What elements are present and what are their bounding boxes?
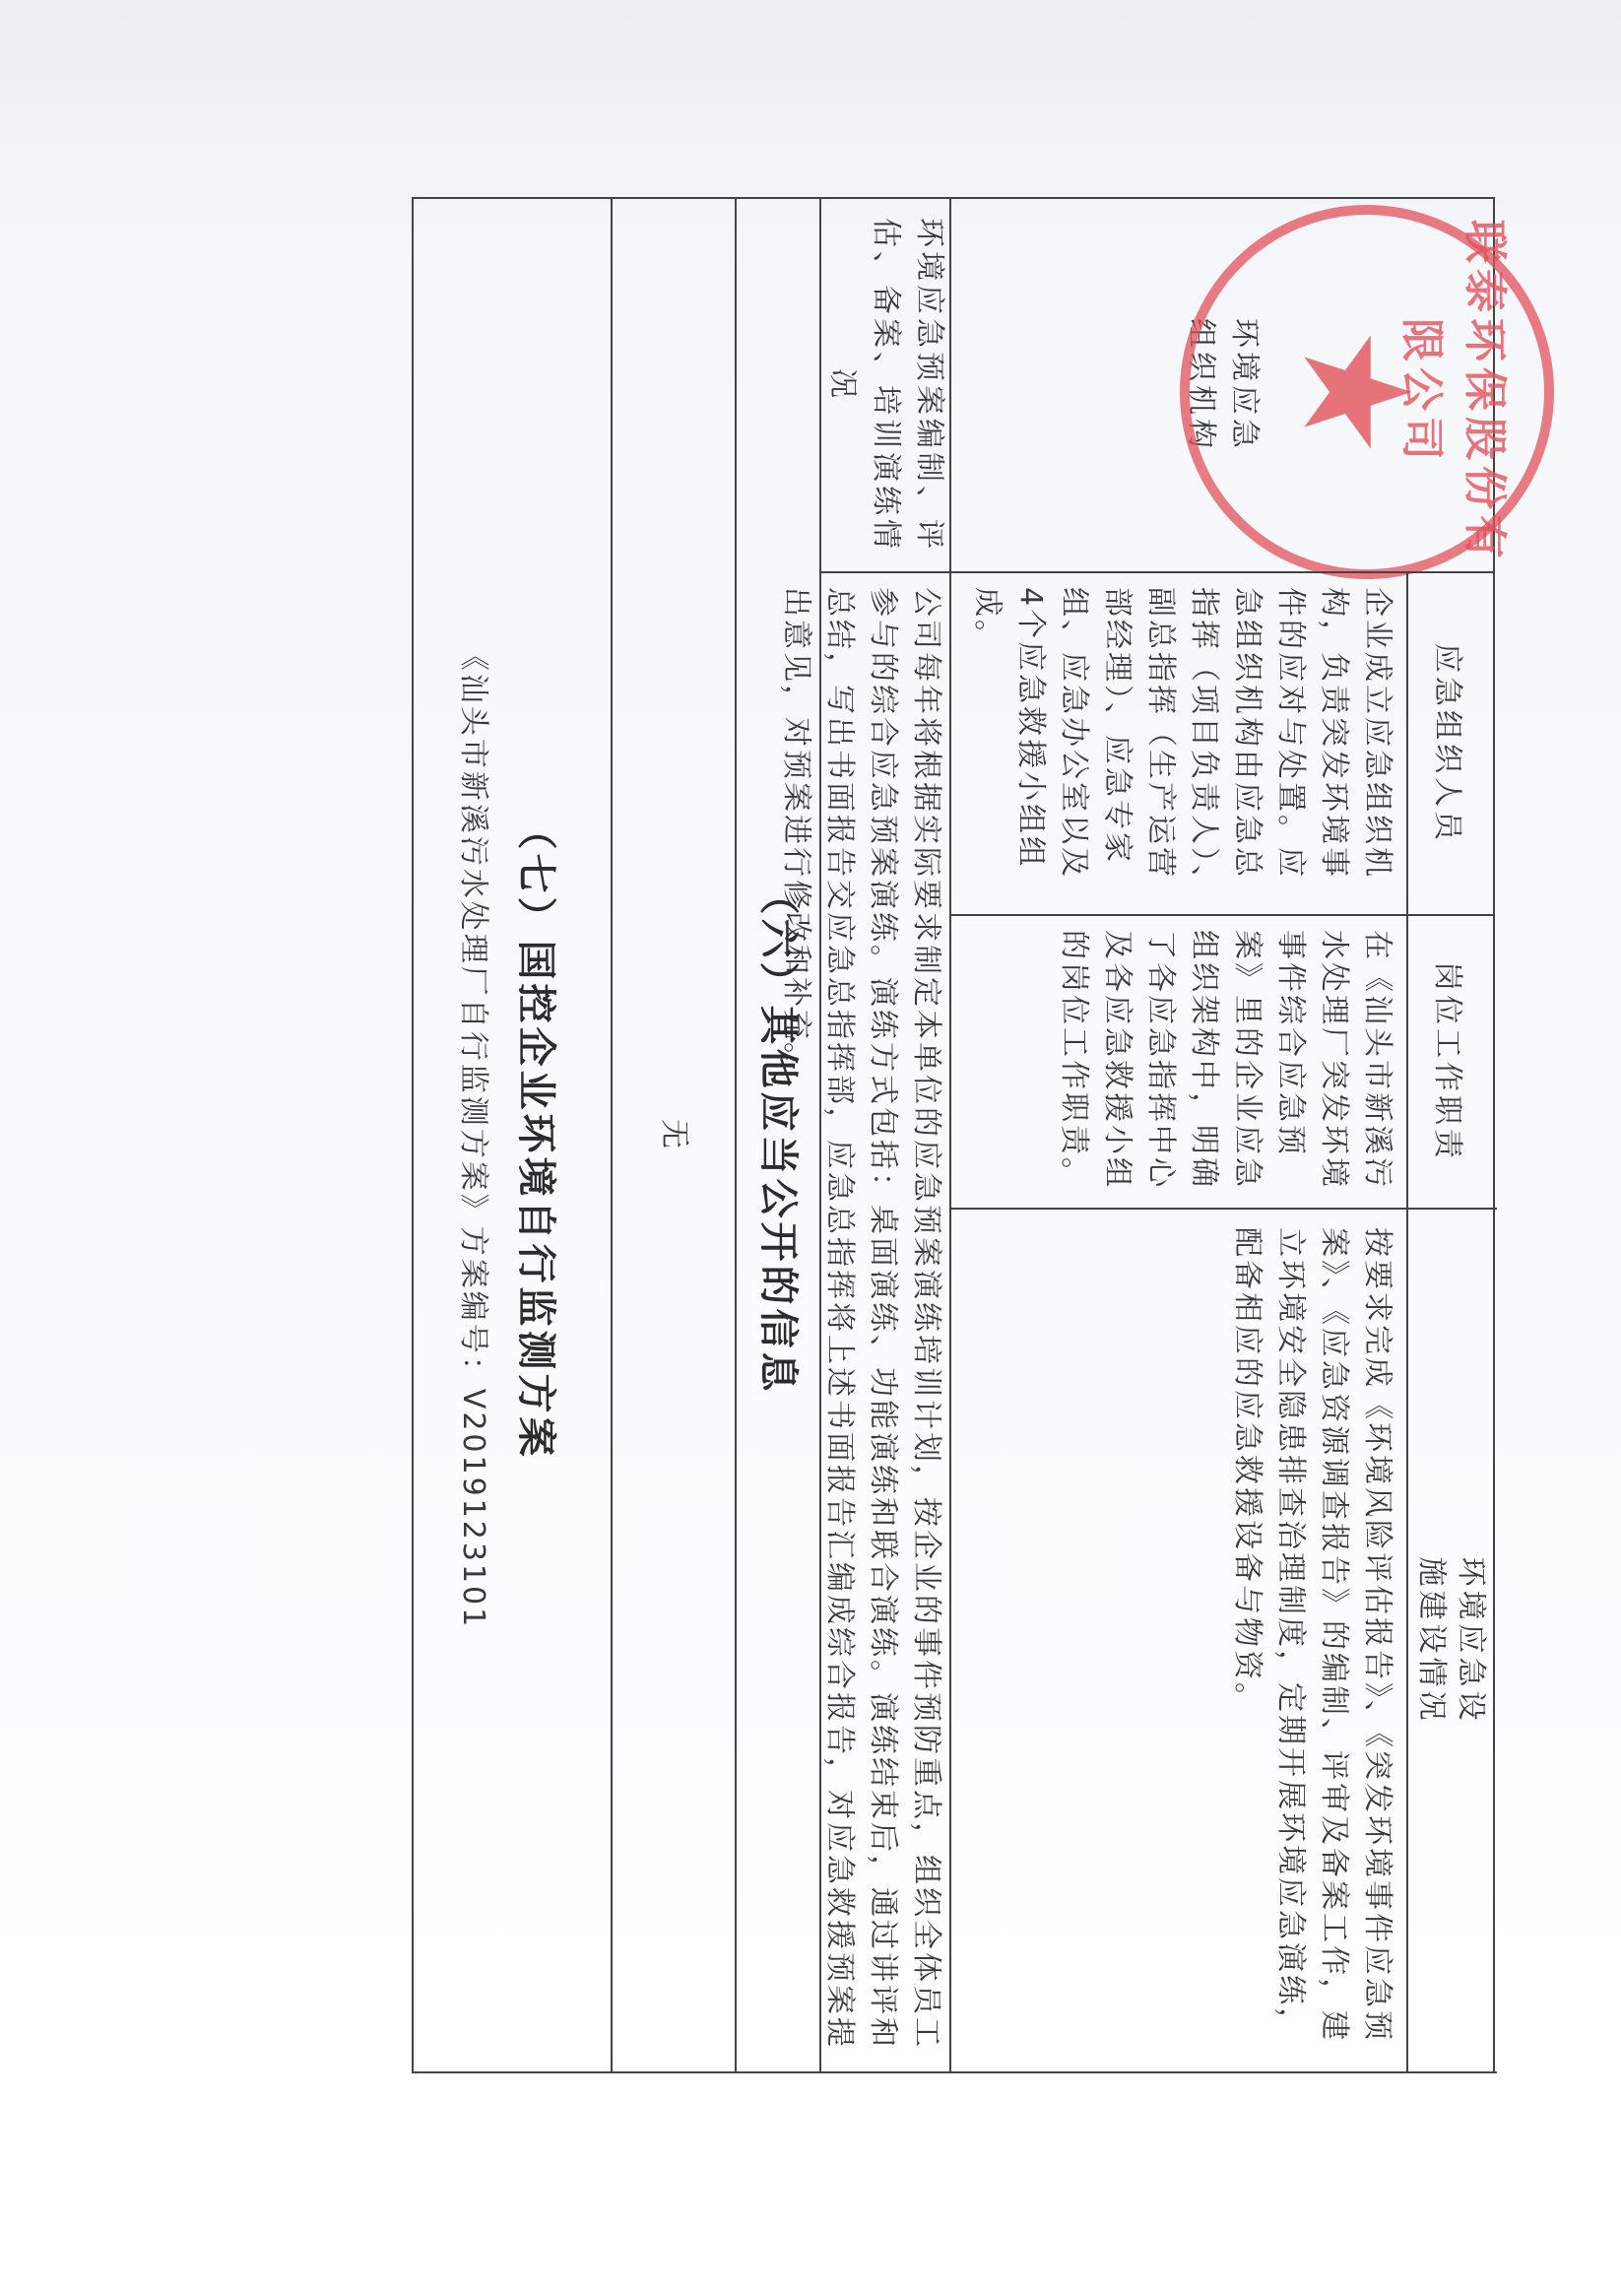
section7-cell: （七）国控企业环境自行监测方案 《汕头市新溪污水处理厂自行监测方案》方案编号：V… (412, 197, 613, 2073)
section6-content: 无 (657, 1119, 691, 1151)
rotated-page: 环境应急组织机构 联泰环保股份有限公司 ★ 应急组织人员 岗位工作职责 环境应急… (412, 197, 1495, 2073)
personnel-cell: 企业成立应急组织机构，负责突发环境事件的应对与处置。应急组织机构由应急总指挥（项… (949, 571, 1408, 916)
personnel-text: 企业成立应急组织机构，负责突发环境事件的应对与处置。应急组织机构由应急总指挥（项… (970, 587, 1394, 897)
section6-content-cell: 无 (611, 197, 737, 2073)
training-cell: 公司每年将根据实际要求制定本单位的应急预案演练培训计划，按企业的事件预防重点，组… (819, 571, 951, 2073)
duties-cell: 在《汕头市新溪污水处理厂突发环境事件综合应急预案》里的企业应急组织架构中，明确了… (949, 914, 1408, 1210)
section7-content: 《汕头市新溪污水处理厂自行监测方案》方案编号：V2019123101 (451, 199, 494, 2071)
section6-title: （六）其他应当公开的信息 (755, 876, 801, 1396)
header-personnel: 应急组织人员 (1406, 571, 1495, 916)
section6-title-cell: （六）其他应当公开的信息 (735, 197, 821, 2073)
training-label-cell: 环境应急预案编制、评估、备案、培训演练情况 (819, 197, 951, 573)
header-duties: 岗位工作职责 (1406, 914, 1495, 1210)
facilities-text: 按要求完成《环境风险评估报告》、《突发环境事件应急预案》、《应急资源调查报告》的… (1230, 1227, 1394, 2043)
facilities-cell: 按要求完成《环境风险评估报告》、《突发环境事件应急预案》、《应急资源调查报告》的… (949, 1208, 1497, 2073)
org-label: 环境应急组织机构 (1179, 306, 1265, 464)
duties-text: 在《汕头市新溪污水处理厂突发环境事件综合应急预案》里的企业应急组织架构中，明确了… (1057, 930, 1394, 1190)
training-label: 环境应急预案编制、评估、备案、培训演练情况 (820, 218, 950, 553)
section7-title: （七）国控企业环境自行监测方案 (511, 199, 567, 2071)
org-label-cell: 环境应急组织机构 (949, 197, 1495, 573)
